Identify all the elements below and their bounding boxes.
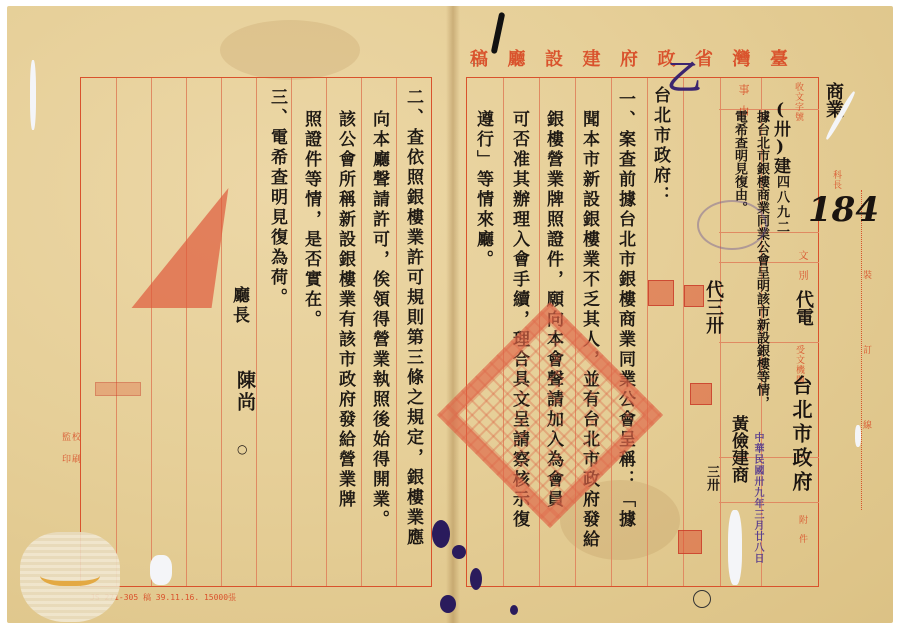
header-char: 稿 (470, 45, 490, 71)
category-value: 代電 (790, 290, 816, 326)
doc-number-value: 四八九二 (772, 175, 791, 235)
ink-stain (432, 520, 450, 548)
margin-label-print: 印刷 (62, 452, 82, 465)
recipient-value: 台北市政府 (787, 375, 816, 495)
ink-stain (440, 595, 456, 613)
red-seal-small (684, 285, 704, 307)
receipt-label: 收文字號 (792, 82, 805, 122)
annotation-yi: 乙 (667, 50, 701, 99)
subject-text: 據台北市銀樓商業同業公會呈明該市新設銀樓等情，電希查明見復由。 (728, 110, 772, 410)
archive-number: 184 (808, 190, 879, 230)
ink-stain (510, 605, 518, 615)
ink-stain (452, 545, 466, 559)
right-body-col-6: 遵行」等情來廳。 (470, 110, 496, 310)
left-body-col-5: 三、電希查明見復為荷。 (264, 88, 290, 388)
red-seal-small (648, 280, 674, 306)
left-body-col-4: 照證件等情，是否實在。 (298, 110, 324, 410)
left-body-col-1: 二、查依照銀樓業許可規則第三條之規定，銀樓業應 (400, 88, 426, 588)
ink-stain (470, 568, 482, 590)
attachment-label: 附件 (796, 515, 809, 553)
paper-tear (150, 555, 172, 585)
paper-tear (728, 510, 742, 585)
paper-tear (30, 60, 36, 130)
annotation-date: 三卅 (702, 465, 721, 491)
side-mark-section-chief: 科長 (830, 170, 843, 190)
book-icon (40, 560, 100, 586)
left-body-col-2: 向本廳聲請許可，俟領得營業執照後始得開業。 (366, 110, 392, 590)
paper-stain (220, 20, 360, 80)
category-label: 文別 (794, 250, 809, 290)
small-red-seal (95, 382, 141, 396)
header-char: 廳 (508, 45, 528, 71)
margin-label-proofread: 監校 (62, 430, 82, 443)
header-char: 設 (545, 45, 565, 71)
paper-tear (855, 425, 861, 447)
right-body-col-1: 台北市政府： (647, 86, 673, 286)
header-char: 建 (583, 45, 603, 71)
header-char: 灣 (733, 45, 753, 71)
circular-receipt-stamp (697, 200, 767, 250)
binding-dotted-line (861, 190, 862, 510)
small-circle-stamp (693, 590, 711, 608)
red-seal-small (678, 530, 702, 554)
annotation-approval: 黃儉建商 (726, 415, 751, 483)
signature-mark: ○ (237, 442, 247, 456)
left-body-col-3: 該公會所稱新設銀樓業有該市政府發給營業牌 (332, 110, 358, 590)
signature-title: 廳長 (226, 286, 252, 326)
red-seal-small (690, 383, 712, 405)
signature-name: 陳尚 (232, 370, 258, 414)
right-body-col-2: 一、案查前據台北市銀樓商業同業公會呈稱：「據 (612, 90, 638, 590)
header-char: 府 (620, 45, 640, 71)
red-seal-triangle (132, 188, 229, 308)
header-char: 臺 (770, 45, 790, 71)
date-stamp: 中華民國卅九年三月廿八日 (750, 432, 765, 564)
document-header-title: 臺 灣 省 政 府 建 設 廳 稿 (470, 45, 790, 71)
